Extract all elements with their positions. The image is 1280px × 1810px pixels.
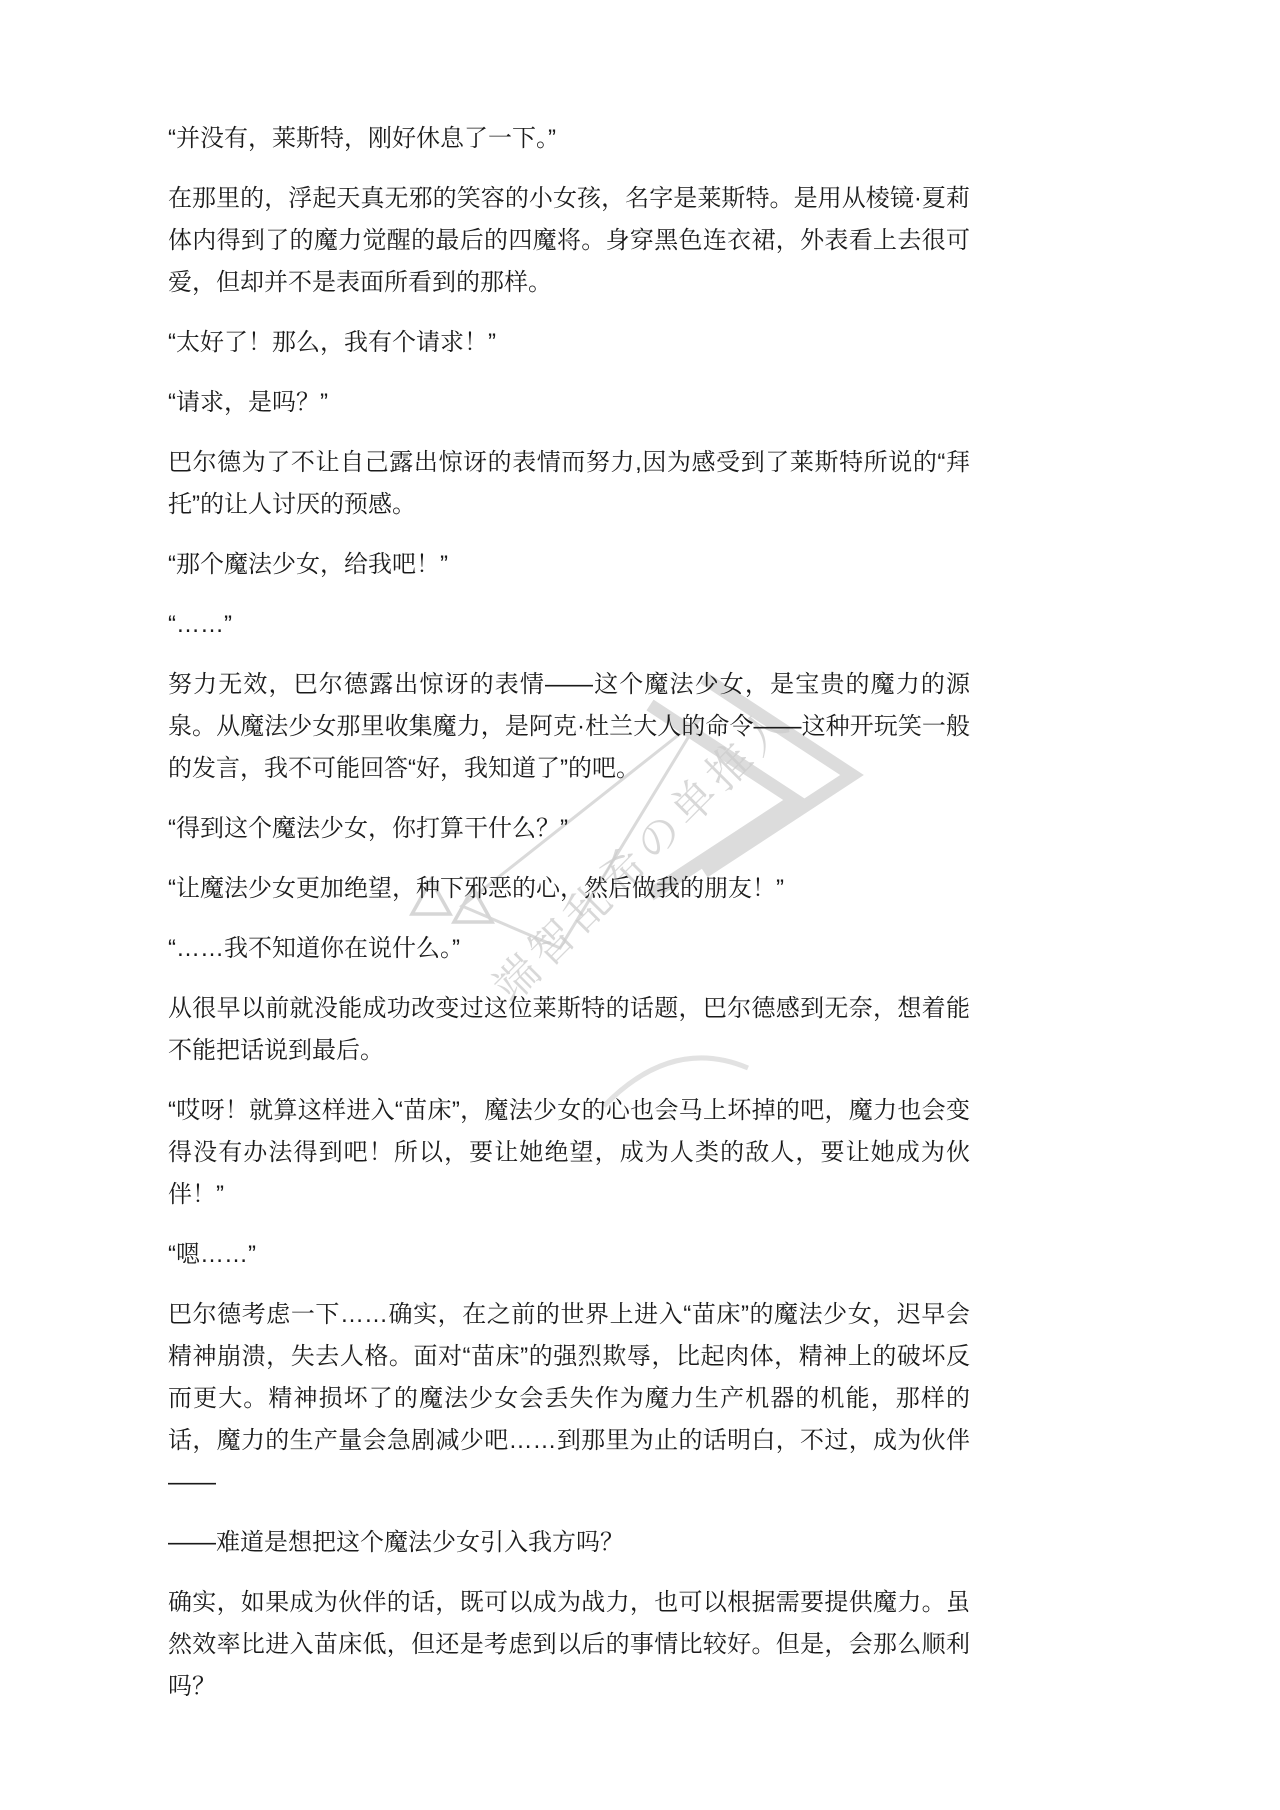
paragraph-dialogue: “让魔法少女更加绝望，种下邪恶的心，然后做我的朋友！” — [168, 868, 970, 910]
paragraph-narration: 在那里的，浮起天真无邪的笑容的小女孩，名字是莱斯特。是用从棱镜·夏莉体内得到了的… — [168, 178, 970, 304]
paragraph-dialogue: “那个魔法少女，给我吧！” — [168, 544, 970, 586]
paragraph-narration: 巴尔德考虑一下……确实，在之前的世界上进入“苗床”的魔法少女，迟早会精神崩溃，失… — [168, 1294, 970, 1504]
paragraph-dialogue: “得到这个魔法少女，你打算干什么？” — [168, 808, 970, 850]
page-body: “并没有，莱斯特，刚好休息了一下。”在那里的，浮起天真无邪的笑容的小女孩，名字是… — [168, 118, 970, 1726]
paragraph-thought: ——难道是想把这个魔法少女引入我方吗？ — [168, 1522, 970, 1564]
paragraph-dialogue: “太好了！那么，我有个请求！” — [168, 322, 970, 364]
paragraph-dialogue: “……” — [168, 604, 970, 646]
paragraph-narration: 努力无效，巴尔德露出惊讶的表情——这个魔法少女，是宝贵的魔力的源泉。从魔法少女那… — [168, 664, 970, 790]
paragraph-dialogue: “请求，是吗？” — [168, 382, 970, 424]
paragraph-dialogue: “……我不知道你在说什么。” — [168, 928, 970, 970]
paragraph-dialogue: “并没有，莱斯特，刚好休息了一下。” — [168, 118, 970, 160]
paragraph-narration: 从很早以前就没能成功改变过这位莱斯特的话题，巴尔德感到无奈，想着能不能把话说到最… — [168, 988, 970, 1072]
paragraph-dialogue: “哎呀！就算这样进入“苗床”，魔法少女的心也会马上坏掉的吧，魔力也会变得没有办法… — [168, 1090, 970, 1216]
paragraph-dialogue: “嗯……” — [168, 1234, 970, 1276]
paragraph-narration: 确实，如果成为伙伴的话，既可以成为战力，也可以根据需要提供魔力。虽然效率比进入苗… — [168, 1582, 970, 1708]
paragraph-narration: 巴尔德为了不让自己露出惊讶的表情而努力,因为感受到了莱斯特所说的“拜托”的让人讨… — [168, 442, 970, 526]
